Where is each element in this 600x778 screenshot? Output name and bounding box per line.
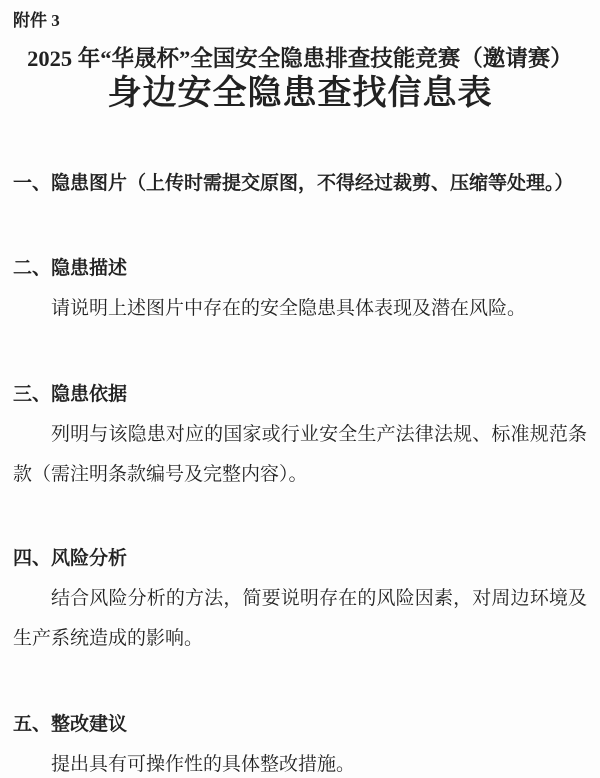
section-heading-hazard-basis: 三、隐患依据 (13, 381, 587, 409)
section-body-rectification-suggestion: 提出具有可操作性的具体整改措施。 (13, 745, 587, 778)
section-hazard-image: 一、隐患图片（上传时需提交原图，不得经过裁剪、压缩等处理。） (13, 170, 587, 198)
section-heading-rectification-suggestion: 五、整改建议 (13, 711, 587, 739)
section-body-risk-analysis: 结合风险分析的方法，简要说明存在的风险因素，对周边环境及生产系统造成的影响。 (13, 579, 587, 659)
section-heading-hazard-image: 一、隐患图片（上传时需提交原图，不得经过裁剪、压缩等处理。） (13, 170, 587, 198)
section-risk-analysis: 四、风险分析 结合风险分析的方法，简要说明存在的风险因素，对周边环境及生产系统造… (13, 545, 587, 659)
page-title: 身边安全隐患查找信息表 (13, 74, 587, 114)
section-heading-risk-analysis: 四、风险分析 (13, 545, 587, 573)
section-rectification-suggestion: 五、整改建议 提出具有可操作性的具体整改措施。 (13, 711, 587, 778)
section-hazard-description: 二、隐患描述 请说明上述图片中存在的安全隐患具体表现及潜在风险。 (13, 255, 587, 329)
competition-subtitle: 2025 年“华晟杯”全国安全隐患排查技能竞赛（邀请赛） (13, 44, 587, 74)
attachment-label: 附件 3 (13, 8, 587, 34)
document-page: 附件 3 2025 年“华晟杯”全国安全隐患排查技能竞赛（邀请赛） 身边安全隐患… (0, 0, 600, 778)
section-body-hazard-description: 请说明上述图片中存在的安全隐患具体表现及潜在风险。 (13, 289, 587, 329)
section-heading-hazard-description: 二、隐患描述 (13, 255, 587, 283)
section-body-hazard-basis: 列明与该隐患对应的国家或行业安全生产法律法规、标准规范条款（需注明条款编号及完整… (13, 415, 587, 495)
section-hazard-basis: 三、隐患依据 列明与该隐患对应的国家或行业安全生产法律法规、标准规范条款（需注明… (13, 381, 587, 495)
